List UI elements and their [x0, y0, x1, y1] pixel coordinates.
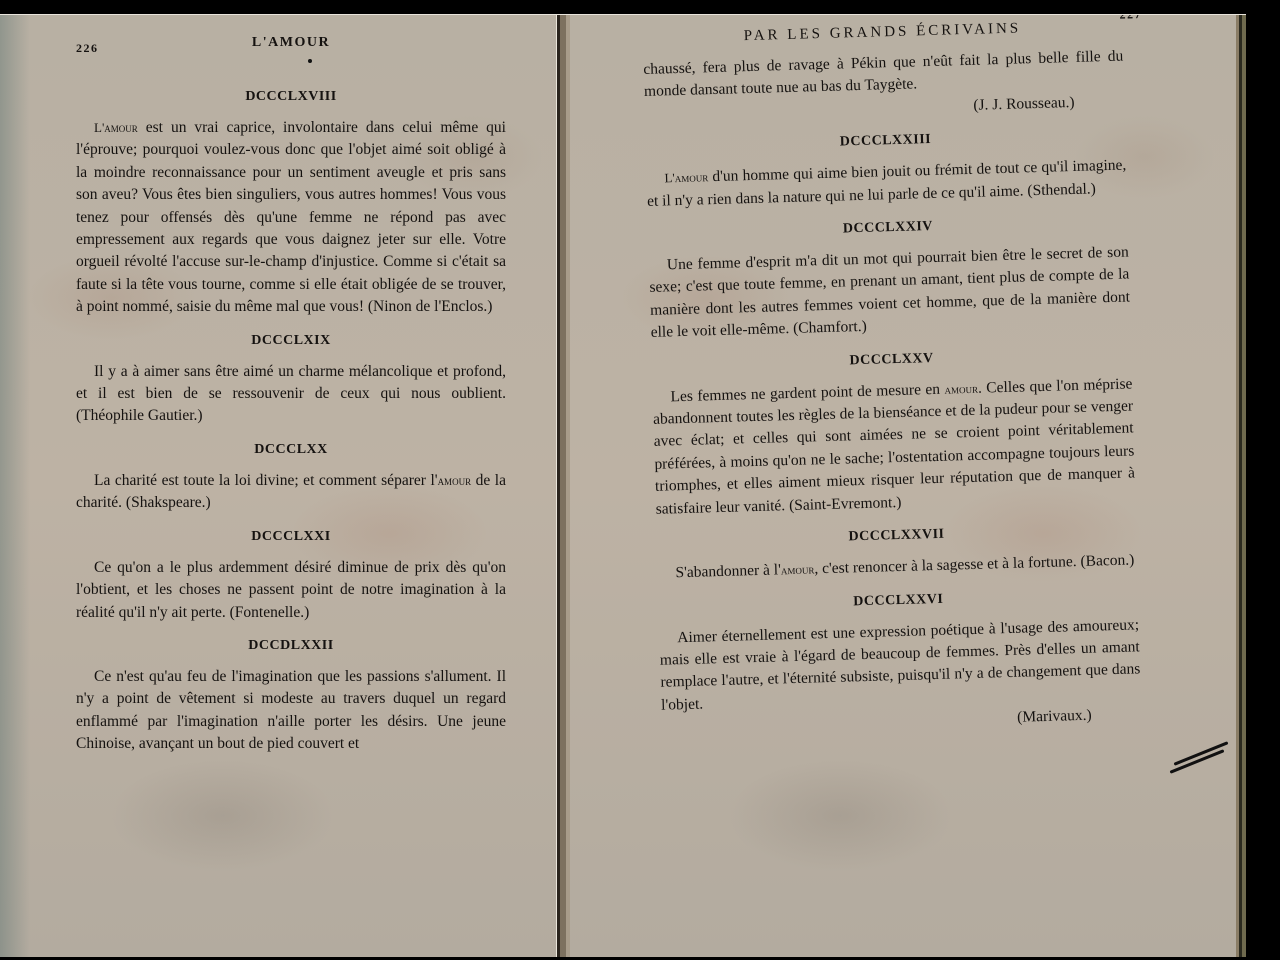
entry-text: L'amour est un vrai caprice, involontair…	[76, 117, 506, 319]
quote-entry: DCCCLXXIV Une femme d'esprit m'a dit un …	[648, 214, 1131, 345]
entry-numeral: DCCCLXVIII	[76, 89, 506, 105]
small-caps-word: amour	[944, 380, 978, 396]
running-head-title: L'AMOUR	[76, 35, 506, 51]
page-edge-shadow	[0, 15, 30, 957]
page-number: 227	[1119, 14, 1142, 23]
quote-entry: DCCCLXXV Les femmes ne gardent point de …	[651, 345, 1135, 521]
entry-author: (Marivaux.)	[661, 705, 1091, 739]
small-caps-word: amour	[438, 473, 472, 488]
running-head: 226 L'AMOUR	[76, 35, 506, 75]
quote-entry: DCCCLXXIII L'amour d'un homme qui aime b…	[645, 127, 1127, 213]
quote-entry: DCCCLXXI Ce qu'on a le plus ardemment dé…	[76, 529, 506, 624]
double-slash-ink-mark-icon	[1172, 748, 1228, 770]
right-page-content: PAR LES GRANDS ÉCRIVAINS 227 chaussé, fe…	[642, 14, 1142, 749]
quote-entry: DCCCLXVIII L'amour est un vrai caprice, …	[76, 89, 506, 319]
entry-text: L'amour d'un homme qui aime bien jouit o…	[646, 155, 1127, 213]
running-head-title: PAR LES GRANDS ÉCRIVAINS	[642, 18, 1122, 48]
small-caps-lead: L'amour	[664, 169, 708, 185]
entry-text: La charité est toute la loi divine; et c…	[76, 470, 506, 515]
entry-numeral: DCCCLXXIII	[645, 127, 1125, 156]
entry-numeral: DCCCLXXVI	[658, 586, 1138, 615]
quote-entry: DCCDLXXII Ce n'est qu'au feu de l'imagin…	[76, 638, 506, 756]
quote-entry: DCCCLXXVI Aimer éternellement est une ex…	[658, 586, 1142, 739]
continued-quote: chaussé, fera plus de ravage à Pékin que…	[643, 46, 1125, 127]
entry-author: (Saint-Evremont.)	[789, 494, 902, 514]
entry-numeral: DCCCLXX	[76, 442, 506, 458]
left-page: 226 L'AMOUR DCCCLXVIII L'amour est un vr…	[0, 15, 556, 957]
quote-entry: DCCCLXX La charité est toute la loi divi…	[76, 442, 506, 515]
open-book-spread: 226 L'AMOUR DCCCLXVIII L'amour est un vr…	[0, 14, 1246, 957]
entry-numeral: DCCCLXIX	[76, 333, 506, 349]
small-caps-lead: L'amour	[94, 120, 138, 135]
ink-dot	[308, 59, 312, 63]
entry-author: (Fontenelle.)	[230, 604, 310, 621]
entry-numeral: DCCDLXXII	[76, 638, 506, 654]
entry-text: Ce n'est qu'au feu de l'imagination que …	[76, 666, 506, 756]
entry-text: Une femme d'esprit m'a dit un mot qui po…	[649, 242, 1131, 345]
right-page: PAR LES GRANDS ÉCRIVAINS 227 chaussé, fe…	[570, 15, 1246, 957]
entry-author: (Shakspeare.)	[126, 494, 211, 511]
entry-numeral: DCCCLXXV	[651, 345, 1131, 374]
book-right-edge	[1236, 15, 1246, 957]
entry-text: Ce qu'on a le plus ardemment désiré dimi…	[76, 557, 506, 624]
left-page-content: 226 L'AMOUR DCCCLXVIII L'amour est un vr…	[76, 35, 506, 766]
quote-entry: DCCCLXXVII S'abandonner à l'amour, c'est…	[656, 521, 1137, 585]
entry-author: (Bacon.)	[1080, 552, 1134, 570]
entry-numeral: DCCCLXXVII	[656, 521, 1136, 550]
book-gutter	[556, 15, 570, 957]
entry-text: Il y a à aimer sans être aimé un charme …	[76, 361, 506, 428]
entry-text: Aimer éternellement est une expression p…	[659, 614, 1142, 739]
entry-numeral: DCCCLXXIV	[648, 214, 1128, 243]
entry-author: (Théophile Gautier.)	[76, 407, 203, 424]
quote-entry: DCCCLXIX Il y a à aimer sans être aimé u…	[76, 333, 506, 428]
entry-author: (Ninon de l'Enclos.)	[368, 298, 493, 315]
small-caps-word: amour	[781, 561, 815, 577]
entry-text: chaussé, fera plus de ravage à Pékin que…	[643, 46, 1125, 127]
entry-author: (Chamfort.)	[793, 318, 867, 337]
entry-author: (Sthendal.)	[1027, 180, 1096, 199]
entry-numeral: DCCCLXXI	[76, 529, 506, 545]
entry-text: S'abandonner à l'amour, c'est renoncer à…	[657, 549, 1137, 585]
entry-text: Les femmes ne gardent point de mesure en…	[652, 373, 1136, 521]
